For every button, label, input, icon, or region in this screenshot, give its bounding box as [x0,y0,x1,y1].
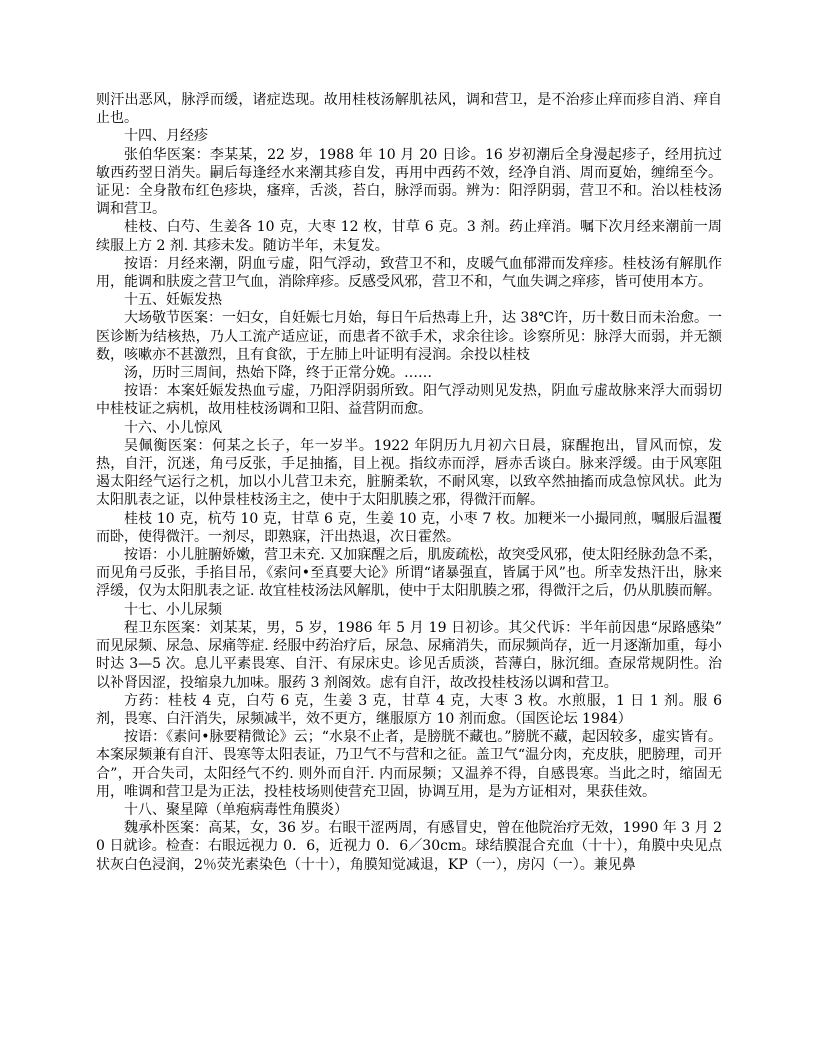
paragraph: 张伯华医案：李某某，22 岁，1988 年 10 月 20 日诊。16 岁初潮后… [96,146,722,219]
paragraph: 则汗出恶风，脉浮而缓，诸症迭现。故用桂枝汤解肌祛风，调和营卫，是不治疹止痒而疹自… [96,91,722,127]
document-text-body: 则汗出恶风，脉浮而缓，诸症迭现。故用桂枝汤解肌祛风，调和营卫，是不治疹止痒而疹自… [96,91,722,874]
paragraph: 十七、小儿尿频 [96,601,722,619]
paragraph: 按语：小儿脏腑娇嫩，营卫未充. 又加寐醒之后，肌废疏松，故突受风邪，使太阳经脉劲… [96,546,722,601]
paragraph: 程卫东医案：刘某某，男，5 岁，1986 年 5 月 19 日初诊。其父代诉：半… [96,619,722,692]
paragraph: 十八、聚星障（单疱病毒性角膜炎） [96,801,722,819]
paragraph: 按语：月经来潮，阴血亏虚，阳气浮动，致营卫不和，皮暖气血郁滞而发痒疹。桂枝汤有解… [96,255,722,291]
document-page: 则汗出恶风，脉浮而缓，诸症迭现。故用桂枝汤解肌祛风，调和营卫，是不治疹止痒而疹自… [0,0,816,1056]
paragraph: 桂枝 10 克，杭芍 10 克，甘草 6 克，生姜 10 克，小枣 7 枚。加粳… [96,510,722,546]
paragraph: 吴佩衡医案：何某之长子，年一岁半。1922 年阴历九月初六日晨，寐醒抱出，冒风而… [96,437,722,510]
paragraph: 魏承朴医案：高某，女，36 岁。右眼干涩两周，有感冒史，曾在他院治疗无效，199… [96,819,722,874]
paragraph: 桂枝、白芍、生姜各 10 克，大枣 12 枚，甘草 6 克。3 剂。药止痒消。嘱… [96,218,722,254]
paragraph: 十六、小儿惊风 [96,419,722,437]
paragraph: 按语：本案妊娠发热血亏虚，乃阳浮阴弱所致。阳气浮动则见发热，阴血亏虚故脉来浮大而… [96,382,722,418]
paragraph: 十五、妊娠发热 [96,291,722,309]
paragraph: 汤，历时三周间，热始下降，终于正常分娩。…… [96,364,722,382]
paragraph: 方药：桂枝 4 克，白芍 6 克，生姜 3 克，甘草 4 克，大枣 3 枚。水煎… [96,692,722,728]
paragraph: 大场敬节医案：一妇女，自妊娠七月始，每日午后热毒上升，达 38℃许，历十数日而未… [96,309,722,364]
paragraph: 十四、月经疹 [96,127,722,145]
paragraph: 按语：《素问•脉要精微论》云；“水泉不止者，是膀胱不藏也。”膀胱不藏，起因较多，… [96,728,722,801]
